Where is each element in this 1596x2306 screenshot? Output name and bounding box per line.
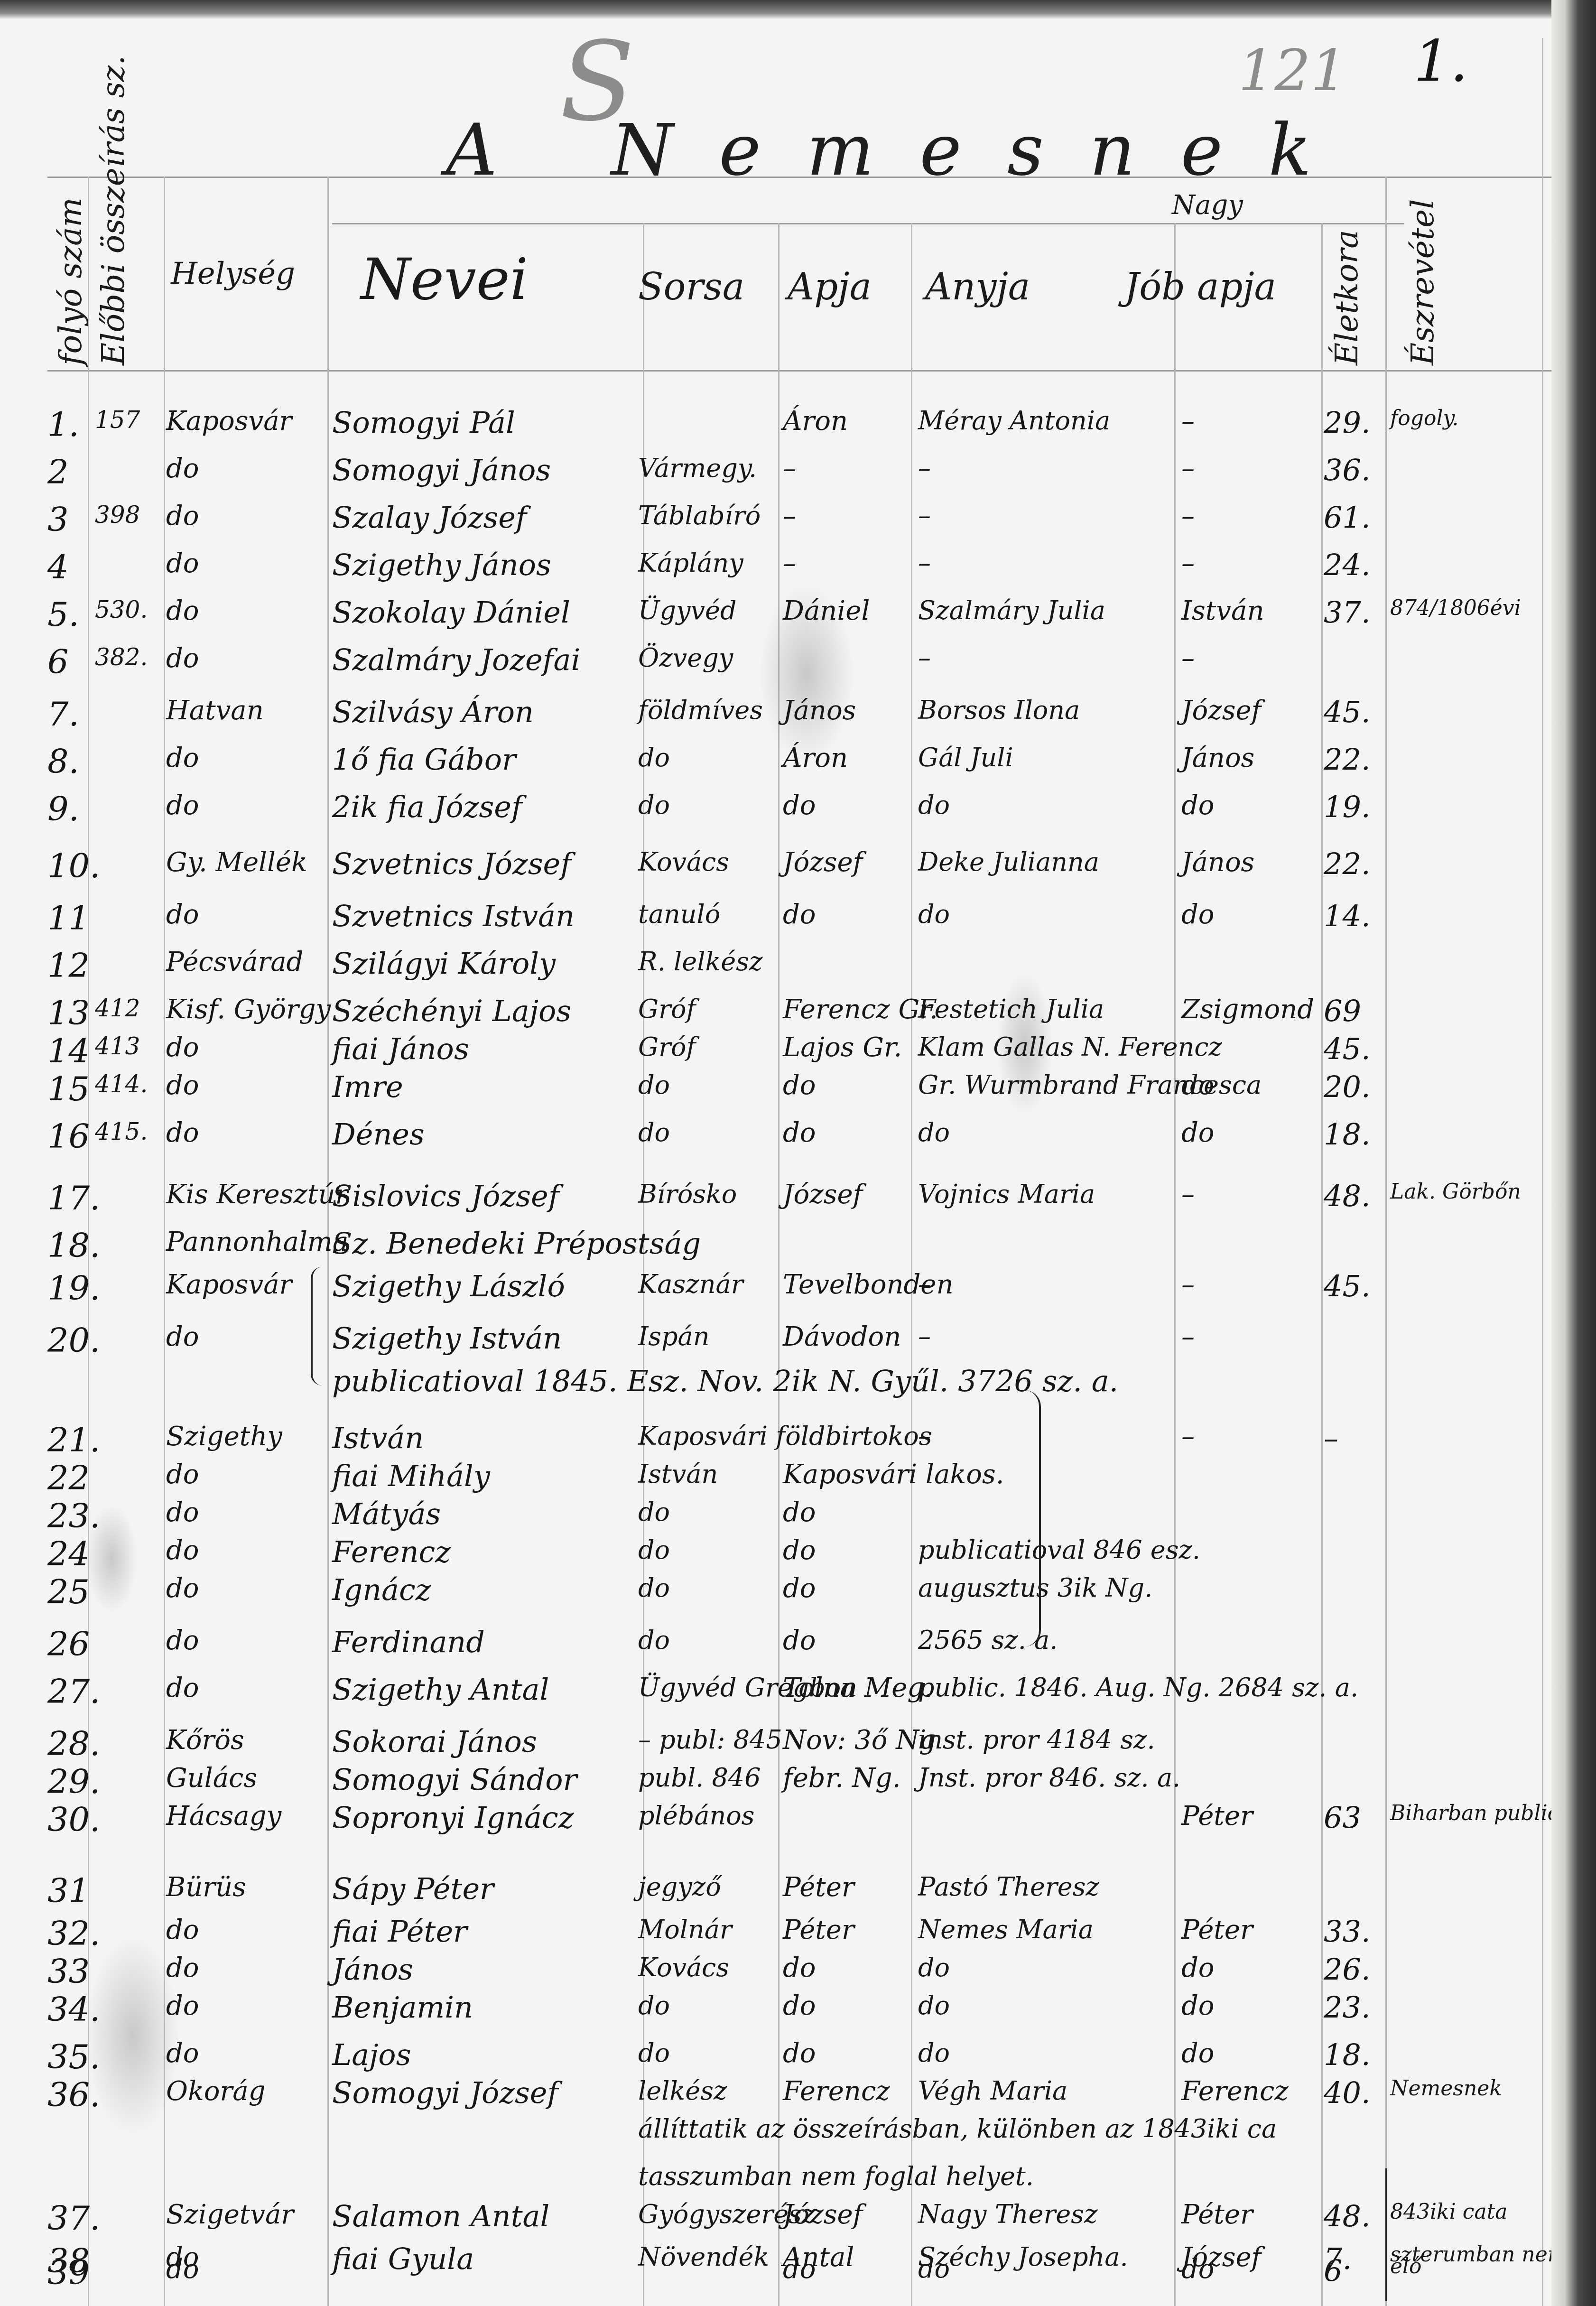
prev-census-number: 414. — [95, 1072, 148, 1096]
person-name: János — [332, 1955, 413, 1984]
grandfather: Ferencz — [1181, 2078, 1289, 2105]
mother: – — [918, 550, 931, 576]
row-number: 17. — [47, 1181, 109, 1215]
grandfather: József — [1181, 697, 1261, 724]
status: Kovács — [638, 1955, 729, 1981]
person-name: István — [332, 1423, 424, 1453]
father: Dávodon — [783, 1324, 901, 1350]
place: do — [166, 2256, 199, 2283]
father: febr. Ng. — [783, 1765, 901, 1792]
age: 40. — [1324, 2078, 1371, 2108]
person-name: Ferencz — [332, 1537, 451, 1567]
grandfather: do — [1181, 1120, 1215, 1146]
grandfather: do — [1181, 792, 1215, 819]
person-name: fiai Mihály — [332, 1461, 490, 1491]
age: 37. — [1324, 598, 1371, 627]
father: Ferencz — [783, 2078, 890, 2105]
person-name: Szilágyi Károly — [332, 949, 556, 978]
col-rule-6 — [911, 223, 912, 2306]
mother: Nemes Maria — [918, 1917, 1094, 1943]
status: Ispán — [638, 1324, 710, 1349]
row-number: 22 — [47, 1461, 109, 1495]
grandfather: János — [1181, 849, 1254, 876]
age: 63 — [1324, 1803, 1361, 1832]
age: 45. — [1324, 697, 1371, 727]
header-folyo-szam: folyó szám — [52, 197, 89, 365]
row-number: 25 — [47, 1575, 109, 1609]
person-name: Somogyi József — [332, 2078, 558, 2108]
status: publ. 846 — [638, 1765, 761, 1791]
age: 29. — [1324, 408, 1371, 437]
person-name: Sislovics József — [332, 1181, 559, 1211]
header-bottom-rule — [47, 370, 1551, 372]
mother: do — [918, 792, 950, 818]
status: do — [638, 792, 670, 818]
mother: Pastó Theresz — [918, 1874, 1099, 1900]
place: Pécsvárad — [166, 949, 303, 976]
person-name: Sopronyi Ignácz — [332, 1803, 574, 1832]
person-name: Szigethy István — [332, 1324, 562, 1353]
father: – — [783, 456, 796, 482]
status: do — [638, 1575, 670, 1601]
mother: – — [918, 503, 931, 529]
place: do — [166, 792, 199, 819]
bracket-mark — [1385, 2168, 1397, 2301]
mother: publicatioval 846 esz. — [918, 1537, 1200, 1563]
header-nevei: Nevei — [361, 247, 528, 313]
person-name: publicatioval 1845. Esz. Nov. 2ik N. Gyű… — [332, 1367, 1118, 1396]
place: do — [166, 1917, 199, 1943]
page-title: A Nemesnek — [446, 109, 1357, 192]
mother: – — [918, 456, 931, 481]
status: – publ: 845 — [638, 1727, 782, 1753]
place: do — [166, 2040, 199, 2067]
father: do — [783, 1575, 816, 1602]
row-number: 11 — [47, 902, 109, 935]
page-number: 1. — [1414, 33, 1468, 90]
place: do — [166, 745, 199, 772]
person-name: Lajos — [332, 2040, 411, 2070]
status: do — [638, 1537, 670, 1563]
register-page: S 121 1. A Nemesnek folyó szám Előbbi ös… — [0, 0, 1551, 2306]
person-name: Szvetnics István — [332, 902, 575, 931]
mother: Vojnics Maria — [918, 1181, 1095, 1207]
age: 22. — [1324, 745, 1371, 774]
place: do — [166, 1955, 199, 1981]
page-number-pencil: 121 — [1238, 38, 1347, 104]
note: 874/1806évi — [1390, 598, 1521, 619]
place: Bürüs — [166, 1874, 246, 1901]
father: – — [783, 503, 796, 530]
person-name: Szigethy László — [332, 1272, 565, 1301]
status: Ügyvéd — [638, 598, 737, 623]
person-name: 2ik fia József — [332, 792, 522, 822]
place: do — [166, 503, 199, 530]
mother: do — [918, 2040, 950, 2066]
status: Gróf — [638, 996, 696, 1022]
person-name: Somogyi János — [332, 456, 551, 485]
person-name: Salamon Antal — [332, 2202, 549, 2231]
person-name: Szalay József — [332, 503, 527, 532]
mother: Gál Juli — [918, 745, 1013, 771]
status: jegyző — [638, 1874, 721, 1900]
row-number: 29. — [47, 1765, 109, 1798]
place: do — [166, 1537, 199, 1564]
grandfather: do — [1181, 1072, 1215, 1099]
father: Dániel — [783, 598, 870, 624]
person-name: Sokorai János — [332, 1727, 537, 1757]
age: 20. — [1324, 1072, 1371, 1102]
father: Kaposvári lakos. — [783, 1461, 1004, 1488]
mother: Nagy Theresz — [918, 2202, 1097, 2227]
row-number: 26 — [47, 1627, 109, 1661]
status: do — [638, 1993, 670, 2018]
grandfather: do — [1181, 1993, 1215, 2019]
row-number: 9. — [47, 792, 109, 826]
age: 36. — [1324, 456, 1371, 485]
person-name: Dénes — [332, 1120, 425, 1149]
father: József — [783, 2202, 863, 2228]
status: do — [638, 1499, 670, 1525]
place: Kaposvár — [166, 1272, 292, 1298]
mother: do — [918, 1120, 950, 1145]
mother: do — [918, 2256, 950, 2282]
mother: inst. pror 4184 sz. — [918, 1727, 1155, 1753]
place: do — [166, 1072, 199, 1099]
age: 26. — [1324, 1955, 1371, 1984]
status: plébános — [638, 1803, 755, 1829]
status: állíttatik az összeírásban, különben az … — [638, 2116, 1277, 2142]
col-rule-8 — [1321, 223, 1323, 2306]
grandfather: Zsigmond — [1181, 996, 1314, 1023]
grandfather: – — [1181, 1324, 1195, 1350]
father: Lajos Gr. — [783, 1034, 902, 1061]
father: do — [783, 1120, 816, 1146]
father: do — [783, 1993, 816, 2019]
place: Szigethy — [166, 1423, 282, 1450]
age: 69 — [1324, 996, 1361, 1026]
status: Vármegy. — [638, 456, 757, 481]
grandfather: – — [1181, 550, 1195, 577]
age: – — [1324, 1423, 1338, 1453]
person-name: Szigethy Antal — [332, 1675, 549, 1704]
mother: public. 1846. Aug. Ng. 2684 sz. a. — [918, 1675, 1358, 1701]
place: do — [166, 1324, 199, 1350]
mother: Szalmáry Julia — [918, 598, 1105, 623]
mother: – — [918, 1324, 931, 1349]
father: Áron — [783, 408, 848, 435]
father: do — [783, 2040, 816, 2067]
place: Kisf. György — [166, 996, 331, 1023]
father: Tolna Meg. — [783, 1675, 933, 1702]
row-number: 10. — [47, 849, 109, 883]
grandfather: Péter — [1181, 1917, 1253, 1943]
row-number: 24 — [47, 1537, 109, 1571]
status: do — [638, 1627, 670, 1653]
father: do — [783, 1955, 816, 1981]
header-apja: Apja — [788, 266, 872, 308]
person-name: Imre — [332, 1072, 403, 1102]
person-name: Szalmáry Jozefai — [332, 645, 580, 675]
person-name: fiai Gyula — [332, 2244, 474, 2274]
mother: Festetich Julia — [918, 996, 1104, 1022]
person-name: Mátyás — [332, 1499, 441, 1529]
row-number: 32. — [47, 1917, 109, 1950]
grandfather: – — [1181, 456, 1195, 482]
status: Növendék — [638, 2244, 769, 2270]
col-rule-5 — [778, 223, 779, 2306]
place: do — [166, 645, 199, 672]
grandfather: do — [1181, 2256, 1215, 2283]
grandfather: – — [1181, 503, 1195, 530]
row-number: 37. — [47, 2202, 109, 2235]
mother: do — [918, 1993, 950, 2018]
age: 48. — [1324, 2202, 1371, 2231]
father: do — [783, 1537, 816, 1564]
grandfather: Péter — [1181, 1803, 1253, 1830]
header-helyseg: Helység — [171, 256, 295, 291]
father: do — [783, 1072, 816, 1099]
row-number: 27. — [47, 1675, 109, 1708]
mother: – — [918, 1423, 931, 1449]
grandfather: István — [1181, 598, 1264, 624]
grandfather: János — [1181, 745, 1254, 772]
title-underline — [332, 223, 1404, 224]
status: István — [638, 1461, 718, 1487]
header-anyja: Anyja — [925, 266, 1030, 308]
place: do — [166, 1034, 199, 1061]
father: József — [783, 1181, 863, 1208]
status: R. lelkész — [638, 949, 762, 975]
row-number: 30. — [47, 1803, 109, 1836]
person-name: Szokolay Dániel — [332, 598, 570, 627]
person-name: Sápy Péter — [332, 1874, 494, 1904]
place: do — [166, 1575, 199, 1602]
header-nagy-apja: Jób apja — [1124, 266, 1276, 308]
person-name: Somogyi Pál — [332, 408, 515, 437]
place: Kaposvár — [166, 408, 292, 435]
prev-census-number: 413 — [95, 1034, 140, 1058]
prev-census-number: 530. — [95, 598, 148, 622]
person-name: Somogyi Sándor — [332, 1765, 577, 1795]
row-number: 35. — [47, 2040, 109, 2074]
prev-census-number: 382. — [95, 645, 148, 669]
header-eletkora: Életkora — [1328, 230, 1365, 366]
mother: Deke Julianna — [918, 849, 1099, 875]
age: 6 — [1324, 2256, 1342, 2286]
person-name: Széchényi Lajos — [332, 996, 571, 1026]
father: Ferencz Gr. — [783, 996, 938, 1023]
place: Pannonhalma — [166, 1229, 348, 1255]
grandfather: do — [1181, 902, 1215, 928]
place: Kis Keresztúr — [166, 1181, 348, 1208]
person-name: Szilvásy Áron — [332, 697, 534, 727]
status: Táblabíró — [638, 503, 761, 529]
place: do — [166, 1627, 199, 1654]
status: do — [638, 1120, 670, 1145]
mother: do — [918, 1955, 950, 1981]
col-rule-9 — [1385, 177, 1387, 2306]
status: lelkész — [638, 2078, 727, 2104]
status: Molnár — [638, 1917, 732, 1943]
bracket-mark — [311, 1267, 322, 1385]
status: tanuló — [638, 902, 720, 927]
row-number: 21. — [47, 1423, 109, 1457]
place: Hatvan — [166, 697, 264, 724]
header-nagy: Nagy — [1172, 190, 1243, 221]
prev-census-number: 415. — [95, 1120, 148, 1144]
status: Kovács — [638, 849, 729, 875]
father: do — [783, 1627, 816, 1654]
row-number: 4 — [47, 550, 109, 584]
age: 45. — [1324, 1272, 1371, 1301]
row-number: 8. — [47, 745, 109, 778]
person-name: Szigethy János — [332, 550, 551, 580]
note: Lak. Görbőn — [1390, 1181, 1521, 1202]
grandfather: – — [1181, 1181, 1195, 1208]
bracket-mark — [1025, 1390, 1041, 1646]
row-number: 20. — [47, 1324, 109, 1357]
age: 33. — [1324, 1917, 1371, 1946]
age: 18. — [1324, 2040, 1371, 2070]
person-name: fiai János — [332, 1034, 469, 1064]
prev-census-number: 398 — [95, 503, 140, 527]
header-sorsa: Sorsa — [638, 266, 744, 308]
grandfather: do — [1181, 1955, 1215, 1981]
person-name: 1ő fia Gábor — [332, 745, 516, 774]
row-number: 33 — [47, 1955, 109, 1988]
grandfather: – — [1181, 408, 1195, 435]
grandfather: – — [1181, 645, 1195, 672]
place: Kőrös — [166, 1727, 244, 1754]
status: tasszumban nem foglal helyet. — [638, 2164, 1034, 2189]
father: do — [783, 2256, 816, 2283]
status: do — [638, 745, 670, 771]
row-number: 34. — [47, 1993, 109, 2026]
grandfather: – — [1181, 1423, 1195, 1450]
person-name: fiai Péter — [332, 1917, 467, 1946]
father: do — [783, 902, 816, 928]
place: do — [166, 1499, 199, 1526]
header-elobbi-osszeiras: Előbbi összeírás sz. — [95, 56, 131, 365]
col-rule-7 — [1174, 223, 1176, 2306]
mother: Klam Gallas N. Ferencz — [918, 1034, 1222, 1060]
mother: Borsos Ilona — [918, 697, 1080, 723]
grandfather: – — [1181, 1272, 1195, 1298]
person-name: Benjamin — [332, 1993, 473, 2022]
place: Okorág — [166, 2078, 266, 2105]
place: do — [166, 1120, 199, 1146]
row-number: 12 — [47, 949, 109, 982]
mother: Jnst. pror 846. sz. a. — [918, 1765, 1180, 1791]
status: földmíves — [638, 697, 763, 723]
scan-top-edge — [0, 0, 1596, 19]
mother: do — [918, 902, 950, 927]
place: do — [166, 1993, 199, 2019]
age: 23. — [1324, 1993, 1371, 2022]
row-number: 39 — [47, 2256, 109, 2289]
row-number: 2 — [47, 456, 109, 489]
place: do — [166, 1461, 199, 1488]
note: fogoly. — [1390, 408, 1459, 429]
person-name: Ferdinand — [332, 1627, 485, 1657]
age: 14. — [1324, 902, 1371, 931]
grandfather: do — [1181, 2040, 1215, 2067]
father: do — [783, 1499, 816, 1526]
row-number: 36. — [47, 2078, 109, 2111]
age: 19. — [1324, 792, 1371, 822]
status: Kasznár — [638, 1272, 743, 1297]
person-name: Szvetnics József — [332, 849, 571, 879]
age: 24. — [1324, 550, 1371, 580]
row-number: 19. — [47, 1272, 109, 1305]
note: 843iki cata — [1390, 2202, 1508, 2222]
age: 61. — [1324, 503, 1371, 532]
row-number: 31 — [47, 1874, 109, 1907]
place: do — [166, 456, 199, 482]
place: Gy. Mellék — [166, 849, 307, 876]
mother: – — [918, 645, 931, 671]
place: do — [166, 1675, 199, 1702]
place: Gulács — [166, 1765, 257, 1792]
place: Hácsagy — [166, 1803, 281, 1830]
mother: Méray Antonia — [918, 408, 1110, 434]
father: János — [783, 697, 856, 724]
note: Nemesnek — [1390, 2078, 1502, 2099]
place: do — [166, 550, 199, 577]
father: Péter — [783, 1917, 854, 1943]
age: 18. — [1324, 1120, 1371, 1149]
col-rule-10 — [1542, 38, 1543, 2306]
person-name: Ignácz — [332, 1575, 431, 1605]
row-number: 28. — [47, 1727, 109, 1760]
father: – — [783, 550, 796, 577]
father: Áron — [783, 745, 848, 772]
age: 22. — [1324, 849, 1371, 879]
father: József — [783, 849, 863, 876]
row-number: 23. — [47, 1499, 109, 1533]
book-binding — [1551, 0, 1596, 2306]
age: 48. — [1324, 1181, 1371, 1211]
age: 45. — [1324, 1034, 1371, 1064]
prev-census-number: 157 — [95, 408, 140, 432]
father: Nov: 3ő Ng — [783, 1727, 936, 1754]
status: Bírósko — [638, 1181, 737, 1207]
person-name: Sz. Benedeki Prépostság — [332, 1229, 701, 1258]
status: Özvegy — [638, 645, 733, 671]
header-eszrevetel: Észrevétel — [1404, 199, 1441, 365]
status: Káplány — [638, 550, 743, 576]
father: do — [783, 792, 816, 819]
mother: – — [918, 1272, 931, 1297]
place: do — [166, 902, 199, 928]
status: do — [638, 1072, 670, 1098]
row-number: 18. — [47, 1229, 109, 1262]
grandfather: Péter — [1181, 2202, 1253, 2228]
row-number: 7. — [47, 697, 109, 731]
status: Gróf — [638, 1034, 696, 1060]
status: Kaposvári földbirtokos — [638, 1423, 932, 1449]
place: do — [166, 598, 199, 624]
prev-census-number: 412 — [95, 996, 140, 1020]
place: Szigetvár — [166, 2202, 294, 2228]
status: do — [638, 2040, 670, 2066]
mother: Végh Maria — [918, 2078, 1067, 2104]
father: Péter — [783, 1874, 854, 1901]
